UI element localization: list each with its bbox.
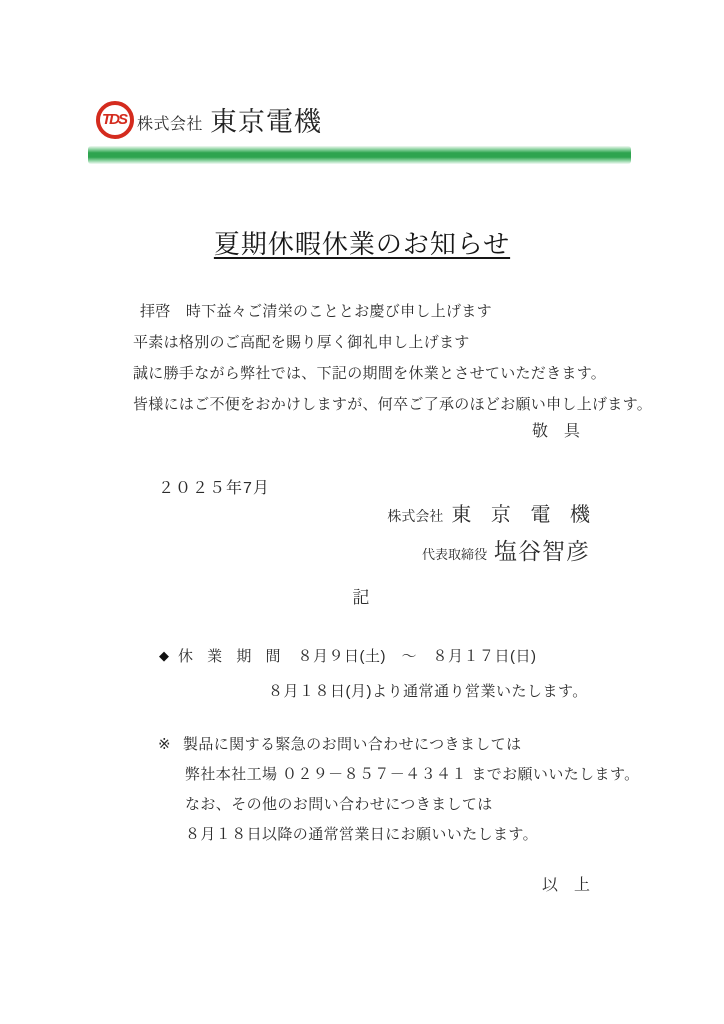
page-title: 夏期休暇休業のお知らせ: [0, 224, 724, 261]
signature-block: 株式会社 東 京 電 機 代表取締役 塩谷智彦: [387, 498, 590, 566]
signature-president-line: 代表取締役 塩谷智彦: [387, 533, 590, 566]
greeting-line: 拝啓 時下益々ご清栄のこととお慶び申し上げます: [133, 296, 652, 327]
holiday-period-line: ◆ 休 業 期 間 ８月９日(土) ～ ８月１７日(日): [159, 645, 588, 666]
company-logo-text: TDS: [102, 112, 126, 127]
note-line: ８月１８日以降の通常営業日にお願いいたします。: [158, 820, 640, 850]
contact-notes-section: ※ 製品に関する緊急のお問い合わせにつきましては 弊社本社工場 ０２９－８５７－…: [158, 730, 640, 850]
signature-company-name: 東 京 電 機: [451, 498, 597, 527]
notice-document-page: TDS 株式会社 東京電機 夏期休暇休業のお知らせ 拝啓 時下益々ご清栄のことと…: [0, 0, 724, 1024]
reference-mark-icon: ※: [158, 730, 171, 760]
signature-company-prefix: 株式会社: [387, 506, 443, 526]
company-header: TDS 株式会社 東京電機: [96, 100, 322, 139]
record-mark: 記: [0, 583, 724, 608]
holiday-period-section: ◆ 休 業 期 間 ８月９日(土) ～ ８月１７日(日) ８月１８日(月)より通…: [159, 645, 588, 701]
greeting-line: 平素は格別のご高配を賜り厚く御礼申し上げます: [133, 327, 652, 358]
note-text: 製品に関する緊急のお問い合わせにつきましては: [183, 730, 522, 760]
signature-company-line: 株式会社 東 京 電 機: [387, 498, 590, 527]
signature-role: 代表取締役: [422, 544, 487, 563]
header-company-name: 東京電機: [210, 100, 322, 139]
greeting-paragraph: 拝啓 時下益々ご清栄のこととお慶び申し上げます 平素は格別のご高配を賜り厚く御礼…: [133, 296, 652, 420]
holiday-period-dates: ８月９日(土) ～ ８月１７日(日): [298, 645, 537, 666]
header-company-prefix: 株式会社: [137, 111, 203, 139]
note-line: ※ 製品に関する緊急のお問い合わせにつきましては: [158, 730, 640, 760]
holiday-period-label: 休 業 期 間: [178, 645, 286, 666]
diamond-bullet-icon: ◆: [159, 648, 169, 664]
document-date: ２０２５年7月: [158, 475, 270, 498]
greeting-line: 誠に勝手ながら弊社では、下記の期間を休業とさせていただきます。: [133, 358, 652, 389]
closing-word: 敬 具: [532, 418, 580, 441]
note-line: 弊社本社工場 ０２９－８５７－４３４１ までお願いいたします。: [158, 760, 640, 790]
header-divider-bar: [88, 146, 631, 164]
note-line: なお、その他のお問い合わせにつきましては: [158, 790, 640, 820]
company-logo-icon: TDS: [96, 101, 134, 139]
signature-person-name: 塩谷智彦: [494, 533, 590, 566]
greeting-line: 皆様にはご不便をおかけしますが、何卒ご了承のほどお願い申し上げます。: [133, 389, 652, 420]
end-word: 以 上: [542, 872, 590, 895]
business-resume-line: ８月１８日(月)より通常通り営業いたします。: [159, 680, 588, 701]
